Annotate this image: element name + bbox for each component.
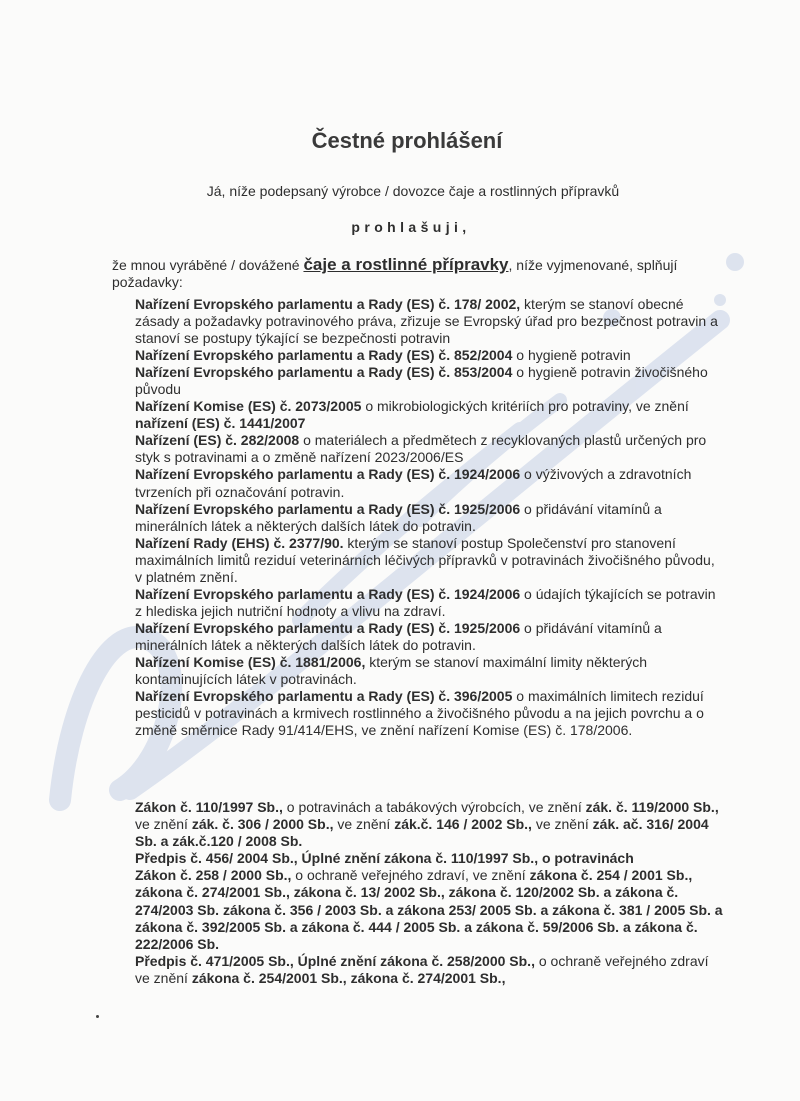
document-title: Čestné prohlášení: [0, 128, 800, 154]
regulation-item: Nařízení Komise (ES) č. 2073/2005 o mikr…: [135, 398, 725, 432]
law-item: Zákon č. 258 / 2000 Sb., o ochraně veřej…: [135, 867, 725, 952]
scan-speck: [96, 1015, 99, 1018]
regulation-item: Nařízení Evropského parlamentu a Rady (E…: [135, 688, 725, 739]
regulation-item: Nařízení (ES) č. 282/2008 o materiálech …: [135, 432, 725, 466]
regulation-item: Nařízení Komise (ES) č. 1881/2006, který…: [135, 654, 725, 688]
intro-statement: Já, níže podepsaný výrobce / dovozce čaj…: [0, 183, 800, 199]
lead-paragraph: že mnou vyráběné / dovážené čaje a rostl…: [112, 256, 712, 291]
regulations-list: Nařízení Evropského parlamentu a Rady (E…: [135, 296, 725, 739]
product-name: čaje a rostlinné přípravky: [303, 255, 508, 274]
regulation-item: Nařízení Evropského parlamentu a Rady (E…: [135, 620, 725, 654]
regulation-item: Nařízení Evropského parlamentu a Rady (E…: [135, 364, 725, 398]
law-item: Předpis č. 456/ 2004 Sb., Úplné znění zá…: [135, 850, 725, 867]
lead-before: že mnou vyráběné / dovážené: [112, 257, 303, 273]
law-item: Zákon č. 110/1997 Sb., o potravinách a t…: [135, 799, 725, 850]
laws-list: Zákon č. 110/1997 Sb., o potravinách a t…: [135, 799, 725, 987]
regulation-item: Nařízení Rady (EHS) č. 2377/90. kterým s…: [135, 535, 725, 586]
regulation-item: Nařízení Evropského parlamentu a Rady (E…: [135, 501, 725, 535]
regulation-item: Nařízení Evropského parlamentu a Rady (E…: [135, 586, 725, 620]
declaration-word: prohlašuji,: [0, 219, 800, 235]
regulation-item: Nařízení Evropského parlamentu a Rady (E…: [135, 347, 725, 364]
document-page: Čestné prohlášení Já, níže podepsaný výr…: [0, 0, 800, 1101]
law-item: Předpis č. 471/2005 Sb., Úplné znění zák…: [135, 953, 725, 987]
regulation-item: Nařízení Evropského parlamentu a Rady (E…: [135, 296, 725, 347]
regulation-item: Nařízení Evropského parlamentu a Rady (E…: [135, 466, 725, 500]
